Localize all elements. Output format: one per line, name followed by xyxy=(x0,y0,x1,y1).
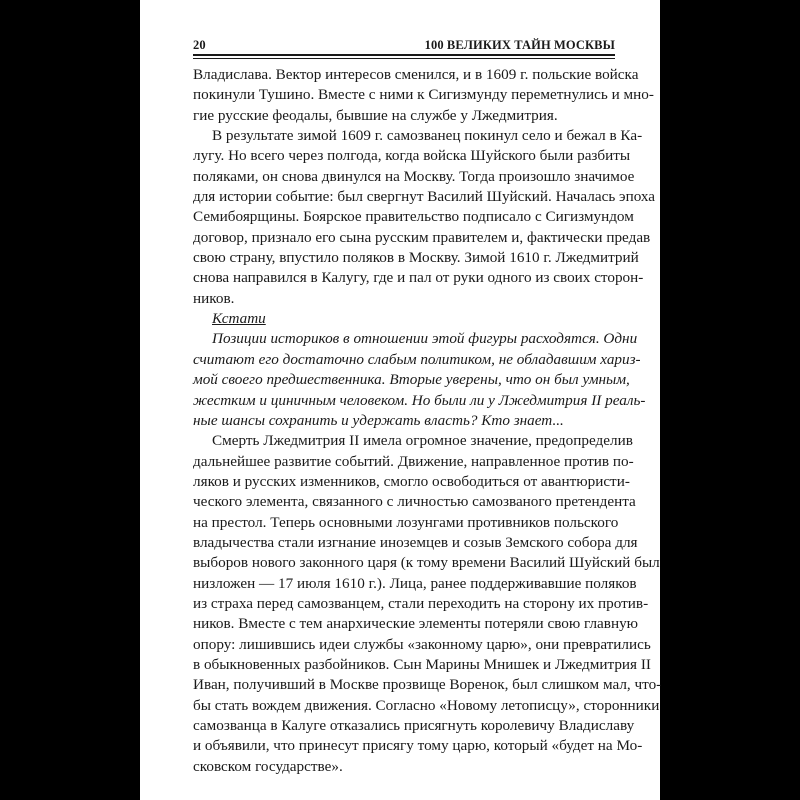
page-content: 20 100 ВЕЛИКИХ ТАЙН МОСКВЫ Владислава. В… xyxy=(193,38,615,777)
text-line: Владислава. Вектор интересов сменился, и… xyxy=(193,65,615,85)
paragraph: Владислава. Вектор интересов сменился, и… xyxy=(193,65,615,126)
text-line: ческого элемента, связанного с личностью… xyxy=(193,492,615,512)
text-line: в обыкновенных разбойников. Сын Марины М… xyxy=(193,655,615,675)
text-line: покинули Тушино. Вместе с ними к Сигизму… xyxy=(193,85,615,105)
text-line: низложен — 17 июля 1610 г.). Лица, ранее… xyxy=(193,574,615,594)
aside-heading: Кстати xyxy=(193,309,615,329)
running-head: 20 100 ВЕЛИКИХ ТАЙН МОСКВЫ xyxy=(193,38,615,56)
text-line: ные шансы сохранить и удержать власть? К… xyxy=(193,411,615,431)
text-line: самозванца в Калуге отказались присягнут… xyxy=(193,716,615,736)
page-number: 20 xyxy=(193,38,206,52)
text-line: выборов нового законного царя (к тому вр… xyxy=(193,553,615,573)
text-line: бы стать вождем движения. Согласно «Ново… xyxy=(193,696,615,716)
text-line: Смерть Лжедмитрия II имела огромное знач… xyxy=(193,431,615,451)
text-line: снова направился в Калугу, где и пал от … xyxy=(193,268,615,288)
text-line: из страха перед самозванцем, стали перех… xyxy=(193,594,615,614)
book-page: 20 100 ВЕЛИКИХ ТАЙН МОСКВЫ Владислава. В… xyxy=(140,0,660,800)
text-line: считают его достаточно слабым политиком,… xyxy=(193,350,615,370)
text-line: свою страну, впустило поляков в Москву. … xyxy=(193,248,615,268)
text-line: гие русские феодалы, бывшие на службе у … xyxy=(193,106,615,126)
text-line: ников. Вместе с тем анархические элемент… xyxy=(193,614,615,634)
text-line: владычества стали изгнание иноземцев и с… xyxy=(193,533,615,553)
aside-title: Кстати xyxy=(212,310,266,327)
body-text: Владислава. Вектор интересов сменился, и… xyxy=(193,65,615,777)
text-line: ляков и русских изменников, смогло освоб… xyxy=(193,472,615,492)
text-line: на престол. Теперь основными лозунгами п… xyxy=(193,513,615,533)
text-line: мой своего предшественника. Вторые увере… xyxy=(193,370,615,390)
text-line: опору: лишившись идеи службы «законному … xyxy=(193,635,615,655)
text-line: для истории событие: был свергнут Васили… xyxy=(193,187,615,207)
text-line: ников. xyxy=(193,289,615,309)
text-line: лугу. Но всего через полгода, когда войс… xyxy=(193,146,615,166)
text-line: Позиции историков в отношении этой фигур… xyxy=(193,329,615,349)
paragraph: В результате зимой 1609 г. самозванец по… xyxy=(193,126,615,309)
text-line: дальнейшее развитие событий. Движение, н… xyxy=(193,452,615,472)
paragraph: Смерть Лжедмитрия II имела огромное знач… xyxy=(193,431,615,777)
text-line: Иван, получивший в Москве прозвище Ворен… xyxy=(193,675,615,695)
text-line: и объявили, что принесут присягу тому ца… xyxy=(193,736,615,756)
text-line: жестким и циничным человеком. Но были ли… xyxy=(193,391,615,411)
text-line: В результате зимой 1609 г. самозванец по… xyxy=(193,126,615,146)
header-rule xyxy=(193,58,615,59)
aside-paragraph: Позиции историков в отношении этой фигур… xyxy=(193,329,615,431)
text-line: Семибоярщины. Боярское правительство под… xyxy=(193,207,615,227)
text-line: поляками, он снова двинулся на Москву. Т… xyxy=(193,167,615,187)
book-title: 100 ВЕЛИКИХ ТАЙН МОСКВЫ xyxy=(425,38,615,52)
text-line: сковском государстве». xyxy=(193,757,615,777)
text-line: договор, признало его сына русским прави… xyxy=(193,228,615,248)
